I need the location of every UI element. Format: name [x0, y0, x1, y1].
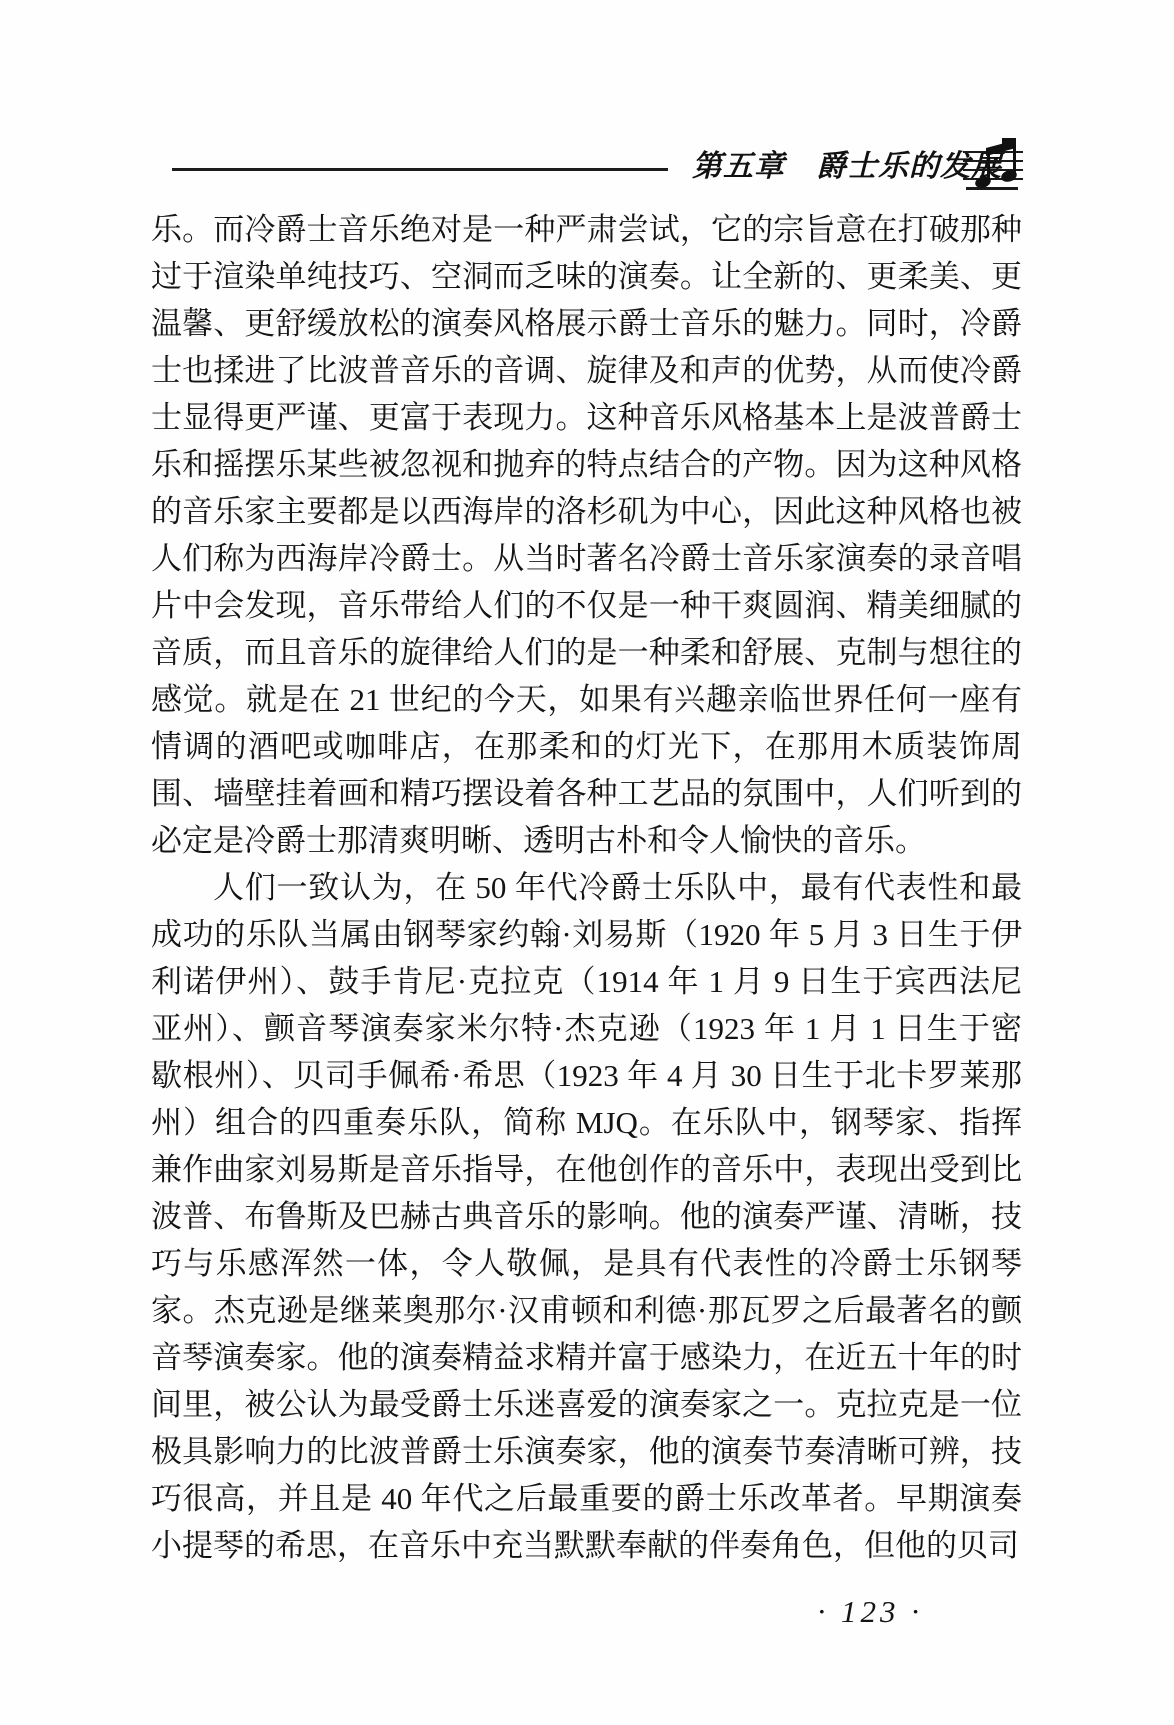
text-line: 间里，被公认为最受爵士乐迷喜爱的演奏家之一。克拉克是一位	[151, 1381, 1022, 1428]
text-line: 音琴演奏家。他的演奏精益求精并富于感染力，在近五十年的时	[151, 1334, 1022, 1381]
text-line: 片中会发现，音乐带给人们的不仅是一种干爽圆润、精美细腻的	[151, 582, 1022, 629]
text-line: 士也揉进了比波普音乐的音调、旋律及和声的优势，从而使冷爵	[151, 347, 1022, 394]
music-notes-icon	[962, 132, 1024, 196]
text-line: 过于渲染单纯技巧、空洞而乏味的演奏。让全新的、更柔美、更	[151, 253, 1022, 300]
text-line: 亚州）、颤音琴演奏家米尔特·杰克逊（1923 年 1 月 1 日生于密	[151, 1005, 1022, 1052]
chapter-title: 第五章 爵士乐的发展	[692, 141, 932, 185]
text-line: 成功的乐队当属由钢琴家约翰·刘易斯（1920 年 5 月 3 日生于伊	[151, 911, 1022, 958]
text-line: 围、墙壁挂着画和精巧摆设着各种工艺品的氛围中，人们听到的	[151, 770, 1022, 817]
text-line: 乐。而冷爵士音乐绝对是一种严肃尝试，它的宗旨意在打破那种	[151, 206, 1022, 253]
text-line: 家。杰克逊是继莱奥那尔·汉甫顿和利德·那瓦罗之后最著名的颤	[151, 1287, 1022, 1334]
book-page: 第五章 爵士乐的发展 乐。而冷爵士音乐绝对是一种严肃	[0, 0, 1174, 1725]
text-line: 感觉。就是在 21 世纪的今天，如果有兴趣亲临世界任何一座有	[151, 676, 1022, 723]
text-line: 巧与乐感浑然一体，令人敬佩，是具有代表性的冷爵士乐钢琴	[151, 1240, 1022, 1287]
text-line: 必定是冷爵士那清爽明晰、透明古朴和令人愉快的音乐。	[151, 817, 1022, 864]
text-line: 士显得更严谨、更富于表现力。这种音乐风格基本上是波普爵士	[151, 394, 1022, 441]
text-line: 兼作曲家刘易斯是音乐指导，在他创作的音乐中，表现出受到比	[151, 1146, 1022, 1193]
header-rule	[172, 168, 668, 171]
text-line: 情调的酒吧或咖啡店，在那柔和的灯光下，在那用木质装饰周	[151, 723, 1022, 770]
body-text: 乐。而冷爵士音乐绝对是一种严肃尝试，它的宗旨意在打破那种过于渲染单纯技巧、空洞而…	[151, 206, 1022, 1569]
text-line: 巧很高，并且是 40 年代之后最重要的爵士乐改革者。早期演奏	[151, 1475, 1022, 1522]
text-line: 波普、布鲁斯及巴赫古典音乐的影响。他的演奏严谨、清晰，技	[151, 1193, 1022, 1240]
text-line: 州）组合的四重奏乐队，简称 MJQ。在乐队中，钢琴家、指挥	[151, 1099, 1022, 1146]
text-line: 人们一致认为，在 50 年代冷爵士乐队中，最有代表性和最	[151, 864, 1022, 911]
text-line: 歇根州）、贝司手佩希·希思（1923 年 4 月 30 日生于北卡罗莱那	[151, 1052, 1022, 1099]
text-line: 利诺伊州）、鼓手肯尼·克拉克（1914 年 1 月 9 日生于宾西法尼	[151, 958, 1022, 1005]
text-line: 人们称为西海岸冷爵士。从当时著名冷爵士音乐家演奏的录音唱	[151, 535, 1022, 582]
text-line: 音质，而且音乐的旋律给人们的是一种柔和舒展、克制与想往的	[151, 629, 1022, 676]
page-number: · 123 ·	[818, 1594, 924, 1630]
text-line: 的音乐家主要都是以西海岸的洛杉矶为中心，因此这种风格也被	[151, 488, 1022, 535]
text-line: 温馨、更舒缓放松的演奏风格展示爵士音乐的魅力。同时，冷爵	[151, 300, 1022, 347]
text-line: 乐和摇摆乐某些被忽视和抛弃的特点结合的产物。因为这种风格	[151, 441, 1022, 488]
text-line: 极具影响力的比波普爵士乐演奏家，他的演奏节奏清晰可辨，技	[151, 1428, 1022, 1475]
text-line: 小提琴的希思，在音乐中充当默默奉献的伴奏角色，但他的贝司	[151, 1522, 1022, 1569]
